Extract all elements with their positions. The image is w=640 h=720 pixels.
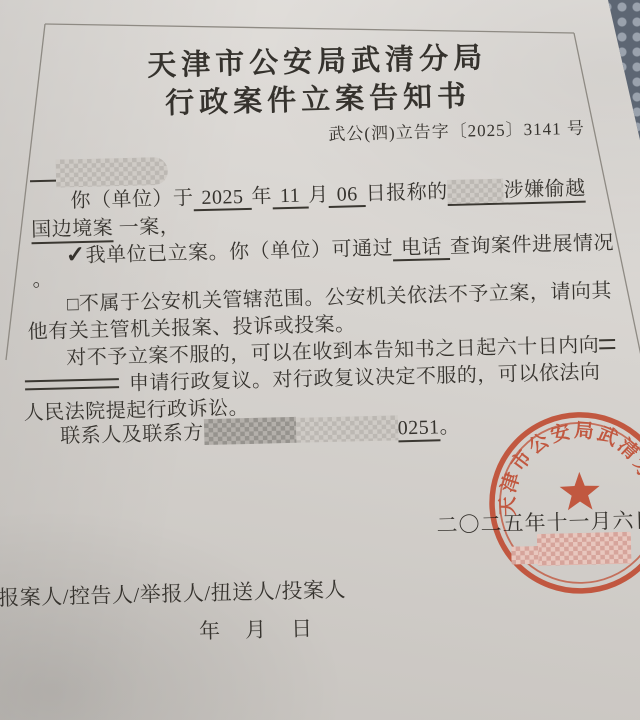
- blank-date-line: 年 月 日: [199, 612, 315, 645]
- report-intro-text: 你（单位）于: [70, 187, 194, 212]
- seal-arc-text: 天津市公安局武清分局: [495, 417, 640, 516]
- year-unit: 年: [251, 185, 272, 207]
- case-suspected-text: 涉嫌偷越: [503, 178, 586, 202]
- report-year-value: 2025: [193, 186, 252, 211]
- case-tail-text: 一案，: [118, 216, 180, 239]
- document-content: 天津市公安局武清分局 行政案件立案告知书 武公(泗)立告字〔2025〕3141 …: [0, 0, 640, 720]
- contact-label: 联系人及联系方: [60, 422, 204, 447]
- official-seal: 天津市公安局武清分局: [482, 405, 640, 602]
- seal-star-icon: [559, 471, 600, 510]
- case-name-underlined: 涉嫌偷越: [447, 178, 586, 206]
- contact-visible-digits: 0251: [397, 416, 440, 442]
- month-unit: 月: [308, 184, 329, 206]
- filed-text: 我单位已立案。你（单位）可通过: [85, 237, 393, 267]
- seal-arc-label: 天津市公安局武清分局: [495, 417, 640, 516]
- report-reported-text: 日报称的: [365, 181, 448, 205]
- checked-mark: ✓: [66, 242, 86, 267]
- review-authority-blank-start: [599, 339, 615, 349]
- redacted-suspect-name: [447, 179, 504, 204]
- redacted-contact-name: [203, 417, 296, 445]
- review-authority-blank: [25, 378, 119, 390]
- redacted-phone-prefix: [295, 415, 398, 442]
- redacted-seal-station-name: [537, 532, 632, 566]
- redacted-seal-station-name-2: [511, 546, 539, 565]
- filed-channel-value: 电话: [393, 236, 451, 261]
- filed-tail-text: 查询案件进展情况: [450, 232, 614, 258]
- unchecked-checkbox: □: [67, 294, 79, 315]
- contact-period: 。: [439, 416, 460, 438]
- report-month-value: 11: [272, 184, 309, 209]
- addressee-blank-line: [29, 156, 56, 183]
- review-text2: 申请行政复议。对行政复议决定不服的，可以依法向: [129, 361, 601, 395]
- report-day-value: 06: [328, 183, 366, 208]
- signature-roles-line: 报案人/控告人/举报人/扭送人/投案人: [0, 574, 346, 612]
